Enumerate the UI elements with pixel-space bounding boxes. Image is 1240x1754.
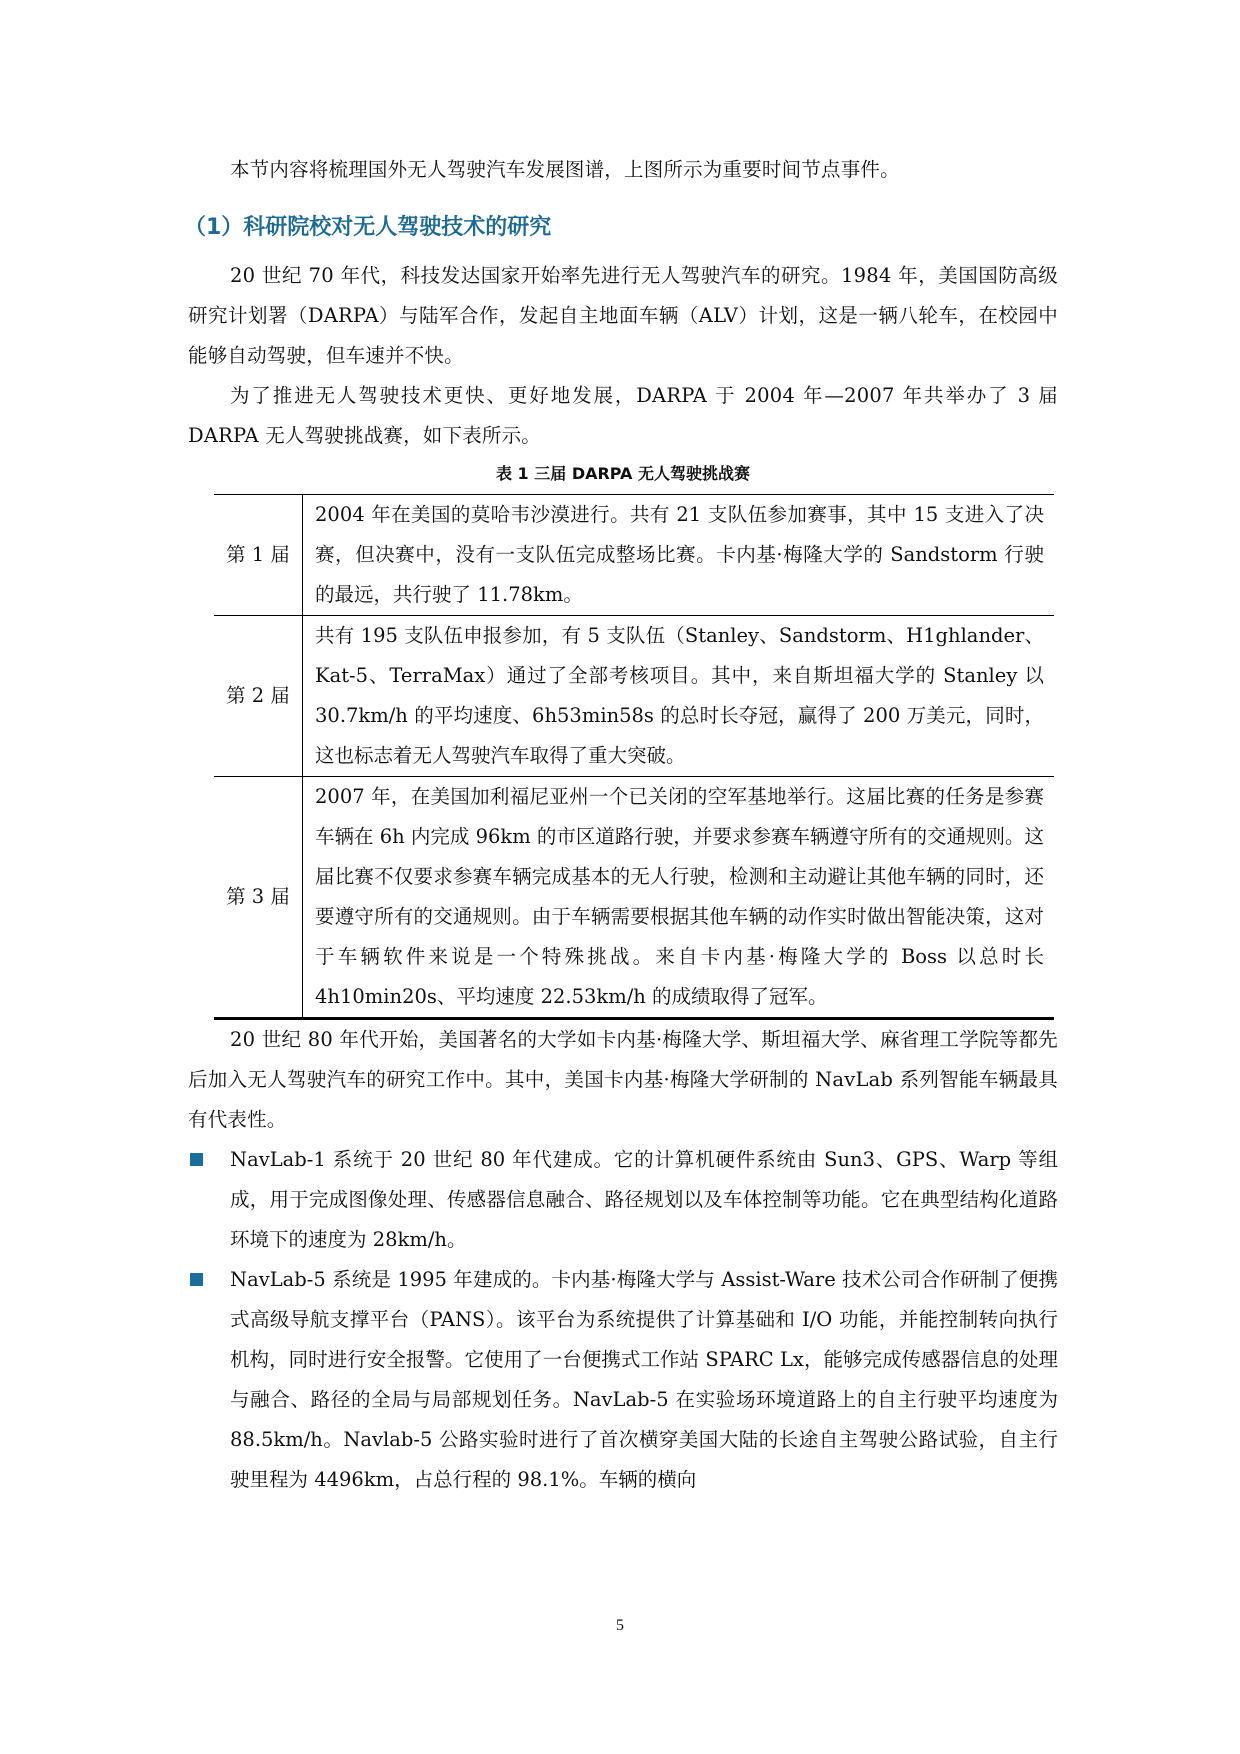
table-row: 第 1 届 2004 年在美国的莫哈韦沙漠进行。共有 21 支队伍参加赛事，其中… (214, 495, 1054, 616)
navlab-bullet-list: NavLab-1 系统于 20 世纪 80 年代建成。它的计算机硬件系统由 Su… (188, 1140, 1058, 1500)
paragraph-darpa-history: 20 世纪 70 年代，科技发达国家开始率先进行无人驾驶汽车的研究。1984 年… (188, 256, 1058, 376)
bullet-text: NavLab-5 系统是 1995 年建成的。卡内基·梅隆大学与 Assist-… (230, 1268, 1058, 1491)
round-description: 共有 195 支队伍申报参加，有 5 支队伍（Stanley、Sandstorm… (303, 616, 1055, 777)
round-label: 第 3 届 (214, 777, 303, 1019)
table-row: 第 3 届 2007 年，在美国加利福尼亚州一个已关闭的空军基地举行。这届比赛的… (214, 777, 1054, 1019)
table-row: 第 2 届 共有 195 支队伍申报参加，有 5 支队伍（Stanley、San… (214, 616, 1054, 777)
round-description: 2004 年在美国的莫哈韦沙漠进行。共有 21 支队伍参加赛事，其中 15 支进… (303, 495, 1055, 616)
paragraph-challenge-intro: 为了推进无人驾驶技术更快、更好地发展，DARPA 于 2004 年—2007 年… (188, 376, 1058, 456)
square-bullet-icon (190, 1273, 203, 1286)
page-number: 5 (0, 1617, 1240, 1635)
document-page: 本节内容将梳理国外无人驾驶汽车发展图谱，上图所示为重要时间节点事件。 （1）科研… (188, 150, 1058, 1500)
square-bullet-icon (190, 1153, 203, 1166)
round-description: 2007 年，在美国加利福尼亚州一个已关闭的空军基地举行。这届比赛的任务是参赛车… (303, 777, 1055, 1019)
table-caption: 表 1 三届 DARPA 无人驾驶挑战赛 (188, 460, 1058, 488)
darpa-challenge-table: 第 1 届 2004 年在美国的莫哈韦沙漠进行。共有 21 支队伍参加赛事，其中… (214, 494, 1054, 1020)
round-label: 第 1 届 (214, 495, 303, 616)
paragraph-universities: 20 世纪 80 年代开始，美国著名的大学如卡内基·梅隆大学、斯坦福大学、麻省理… (188, 1020, 1058, 1140)
section-heading: （1）科研院校对无人驾驶技术的研究 (184, 208, 1058, 248)
round-label: 第 2 届 (214, 616, 303, 777)
intro-paragraph: 本节内容将梳理国外无人驾驶汽车发展图谱，上图所示为重要时间节点事件。 (188, 150, 1058, 190)
list-item: NavLab-1 系统于 20 世纪 80 年代建成。它的计算机硬件系统由 Su… (188, 1140, 1058, 1260)
bullet-text: NavLab-1 系统于 20 世纪 80 年代建成。它的计算机硬件系统由 Su… (230, 1148, 1058, 1251)
list-item: NavLab-5 系统是 1995 年建成的。卡内基·梅隆大学与 Assist-… (188, 1260, 1058, 1500)
